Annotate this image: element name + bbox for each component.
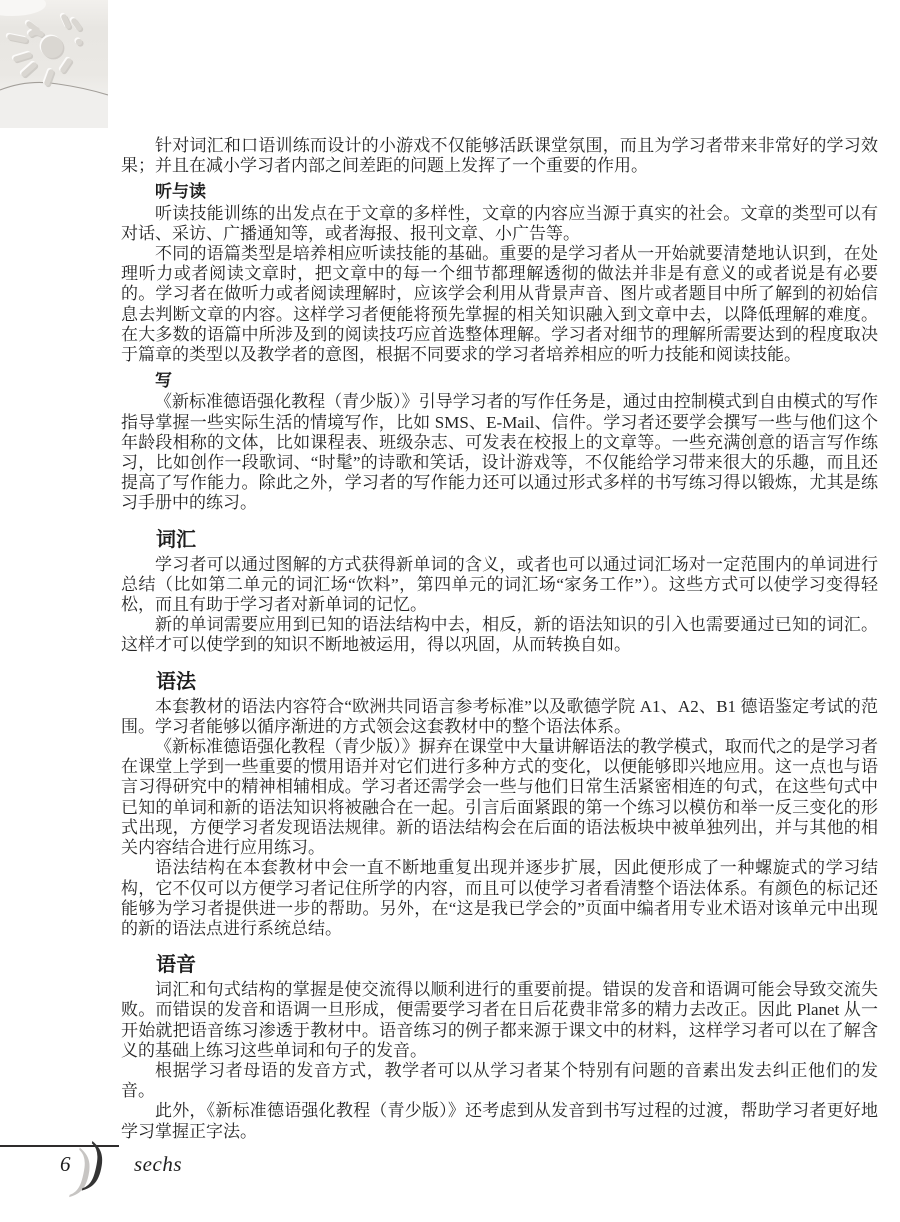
page-word: sechs: [134, 1152, 182, 1177]
document-body: 针对词汇和口语训练而设计的小游戏不仅能够活跃课堂氛围，而且为学习者带来非常好的学…: [121, 136, 878, 1142]
page-number-bracket-icon: ): [80, 1134, 110, 1193]
paragraph: 新的单词需要应用到已知的语法结构中去，相反，新的语法知识的引入也需要通过已知的词…: [121, 615, 878, 655]
paragraph: 本套教材的语法内容符合“欧洲共同语言参考标准”以及歌德学院 A1、A2、B1 德…: [121, 697, 878, 737]
paragraph: 根据学习者母语的发音方式，教学者可以从学习者某个特别有问题的音素出发去纠正他们的…: [121, 1061, 878, 1101]
intro-paragraph: 针对词汇和口语训练而设计的小游戏不仅能够活跃课堂氛围，而且为学习者带来非常好的学…: [121, 136, 878, 176]
paragraph: 学习者可以通过图解的方式获得新单词的含义，或者也可以通过词汇场对一定范围内的单词…: [121, 555, 878, 616]
paragraph: 词汇和句式结构的掌握是使交流得以顺利进行的重要前提。错误的发音和语调可能会导致交…: [121, 980, 878, 1061]
corner-decoration: [0, 0, 108, 128]
paragraph: 此外，《新标准德语强化教程（青少版）》还考虑到从发音到书写过程的过渡，帮助学习者…: [121, 1101, 878, 1141]
heading-pronunciation: 语音: [121, 952, 878, 978]
book-page: 针对词汇和口语训练而设计的小游戏不仅能够活跃课堂氛围，而且为学习者带来非常好的学…: [0, 0, 900, 1222]
paragraph: 不同的语篇类型是培养相应听读技能的基础。重要的是学习者从一开始就要清楚地认识到，…: [121, 244, 878, 365]
paragraph: 《新标准德语强化教程（青少版）》摒弃在课堂中大量讲解语法的教学模式，取而代之的是…: [121, 737, 878, 858]
heading-vocabulary: 词汇: [121, 527, 878, 553]
paragraph: 《新标准德语强化教程（青少版）》引导学习者的写作任务是，通过由控制模式到自由模式…: [121, 392, 878, 513]
paragraph: 听读技能训练的出发点在于文章的多样性，文章的内容应当源于真实的社会。文章的类型可…: [121, 204, 878, 244]
paragraph: 语法结构在本套教材中会一直不断地重复出现并逐步扩展，因此便形成了一种螺旋式的学习…: [121, 858, 878, 939]
heading-writing: 写: [121, 371, 878, 391]
page-number: 6: [60, 1152, 71, 1177]
heading-listening-reading: 听与读: [121, 182, 878, 202]
heading-grammar: 语法: [121, 669, 878, 695]
sun-doodle-icon: [0, 0, 108, 128]
